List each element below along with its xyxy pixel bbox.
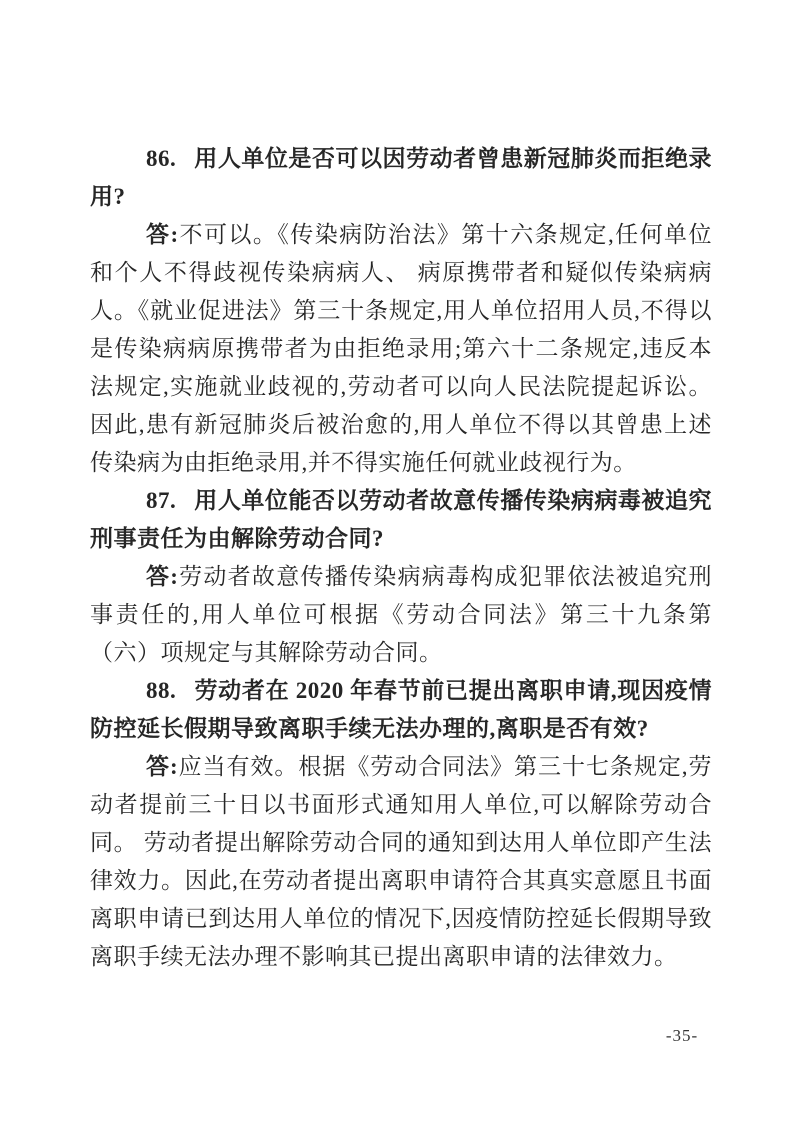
document-body: 86.用人单位是否可以因劳动者曾患新冠肺炎而拒绝录用? 答:不可以。《传染病防治…	[90, 140, 712, 976]
answer-88-text: 应当有效。根据《劳动合同法》第三十七条规定,劳动者提前三十日以书面形式通知用人单…	[90, 754, 712, 969]
document-page: 86.用人单位是否可以因劳动者曾患新冠肺炎而拒绝录用? 答:不可以。《传染病防治…	[0, 0, 800, 1131]
answer-86: 答:不可以。《传染病防治法》第十六条规定,任何单位和个人不得歧视传染病病人、 病…	[90, 216, 712, 482]
answer-86-prefix: 答:	[146, 222, 179, 247]
question-88: 88.劳动者在 2020 年春节前已提出离职申请,现因疫情防控延长假期导致离职手…	[90, 672, 712, 748]
answer-87-prefix: 答:	[146, 564, 178, 589]
answer-88: 答:应当有效。根据《劳动合同法》第三十七条规定,劳动者提前三十日以书面形式通知用…	[90, 748, 712, 976]
question-88-number: 88.	[146, 678, 176, 703]
question-86-number: 86.	[146, 146, 176, 171]
question-87-text: 用人单位能否以劳动者故意传播传染病病毒被追究刑事责任为由解除劳动合同?	[90, 488, 712, 551]
answer-88-prefix: 答:	[146, 754, 178, 779]
answer-87-text: 劳动者故意传播传染病病毒构成犯罪依法被追究刑事责任的,用人单位可根据《劳动合同法…	[90, 564, 712, 665]
answer-87: 答:劳动者故意传播传染病病毒构成犯罪依法被追究刑事责任的,用人单位可根据《劳动合…	[90, 558, 712, 672]
page-number: -35-	[652, 1026, 712, 1046]
question-87-number: 87.	[146, 488, 176, 513]
question-88-text: 劳动者在 2020 年春节前已提出离职申请,现因疫情防控延长假期导致离职手续无法…	[90, 678, 712, 741]
answer-86-text: 不可以。《传染病防治法》第十六条规定,任何单位和个人不得歧视传染病病人、 病原携…	[90, 222, 712, 475]
question-87: 87.用人单位能否以劳动者故意传播传染病病毒被追究刑事责任为由解除劳动合同?	[90, 482, 712, 558]
question-86-text: 用人单位是否可以因劳动者曾患新冠肺炎而拒绝录用?	[90, 146, 712, 209]
question-86: 86.用人单位是否可以因劳动者曾患新冠肺炎而拒绝录用?	[90, 140, 712, 216]
